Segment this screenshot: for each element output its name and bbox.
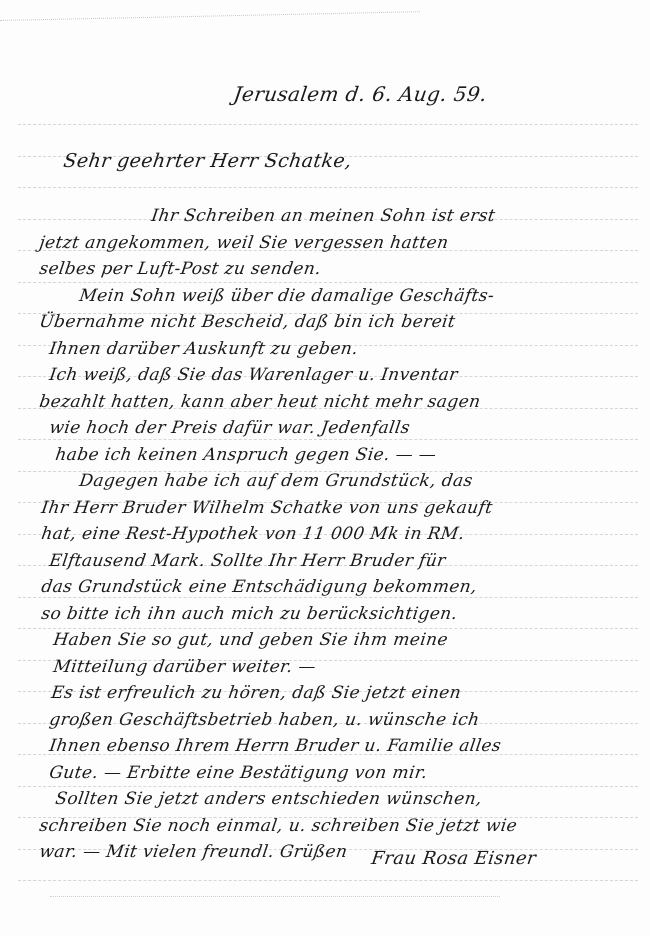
ruled-line <box>18 282 638 283</box>
letter-line: habe ich keinen Anspruch gegen Sie. — — <box>54 445 438 465</box>
ruled-line <box>18 124 638 125</box>
letter-page: Jerusalem d. 6. Aug. 59. Sehr geehrter H… <box>0 0 650 936</box>
letter-line: Ihr Schreiben an meinen Sohn ist erst <box>150 206 497 226</box>
letter-line: großen Geschäftsbetrieb haben, u. wünsch… <box>48 710 481 730</box>
ruled-line <box>18 786 638 787</box>
place-date: Jerusalem d. 6. Aug. 59. <box>232 82 489 106</box>
letter-line: das Grundstück eine Entschädigung bekomm… <box>40 577 478 597</box>
paper-bottom-edge <box>50 896 500 897</box>
letter-line: Mitteilung darüber weiter. — <box>52 657 317 677</box>
letter-line: wie hoch der Preis dafür war. Jedenfalls <box>48 418 411 438</box>
letter-line: Ihnen ebenso Ihrem Herrn Bruder u. Famil… <box>48 736 502 756</box>
letter-line: jetzt angekommen, weil Sie vergessen hat… <box>38 233 450 253</box>
ruled-line <box>18 597 638 598</box>
ruled-line <box>18 880 638 881</box>
letter-line: Ihr Herr Bruder Wilhelm Schatke von uns … <box>40 498 494 518</box>
letter-line: Es ist erfreulich zu hören, daß Sie jetz… <box>50 683 462 703</box>
ruled-line <box>18 187 638 188</box>
letter-line: selbes per Luft-Post zu senden. <box>38 259 322 279</box>
letter-line: war. — Mit vielen freundl. Grüßen <box>38 842 349 862</box>
letter-line: Elftausend Mark. Sollte Ihr Herr Bruder … <box>48 551 447 571</box>
letter-line: Gute. — Erbitte eine Bestätigung von mir… <box>48 763 429 783</box>
ruled-line <box>18 628 638 629</box>
salutation: Sehr geehrter Herr Schatke, <box>62 150 353 172</box>
letter-line: hat, eine Rest-Hypothek von 11 000 Mk in… <box>40 524 466 544</box>
letter-line: so bitte ich ihn auch mich zu berücksich… <box>40 604 459 624</box>
letter-line: Dagegen habe ich auf dem Grundstück, das <box>78 471 474 491</box>
letter-line: schreiben Sie noch einmal, u. schreiben … <box>38 816 518 836</box>
paper-top-edge <box>0 11 420 21</box>
letter-line: Sollten Sie jetzt anders entschieden wün… <box>54 789 483 809</box>
letter-line: Ich weiß, daß Sie das Warenlager u. Inve… <box>48 365 459 385</box>
letter-line: Mein Sohn weiß über die damalige Geschäf… <box>78 286 496 306</box>
letter-line: Ihnen darüber Auskunft zu geben. <box>48 339 359 359</box>
letter-line: bezahlt hatten, kann aber heut nicht meh… <box>38 392 482 412</box>
ruled-line <box>18 439 638 440</box>
letter-line: Übernahme nicht Bescheid, daß bin ich be… <box>38 312 457 332</box>
signature: Frau Rosa Eisner <box>370 848 538 869</box>
letter-line: Haben Sie so gut, und geben Sie ihm mein… <box>52 630 449 650</box>
